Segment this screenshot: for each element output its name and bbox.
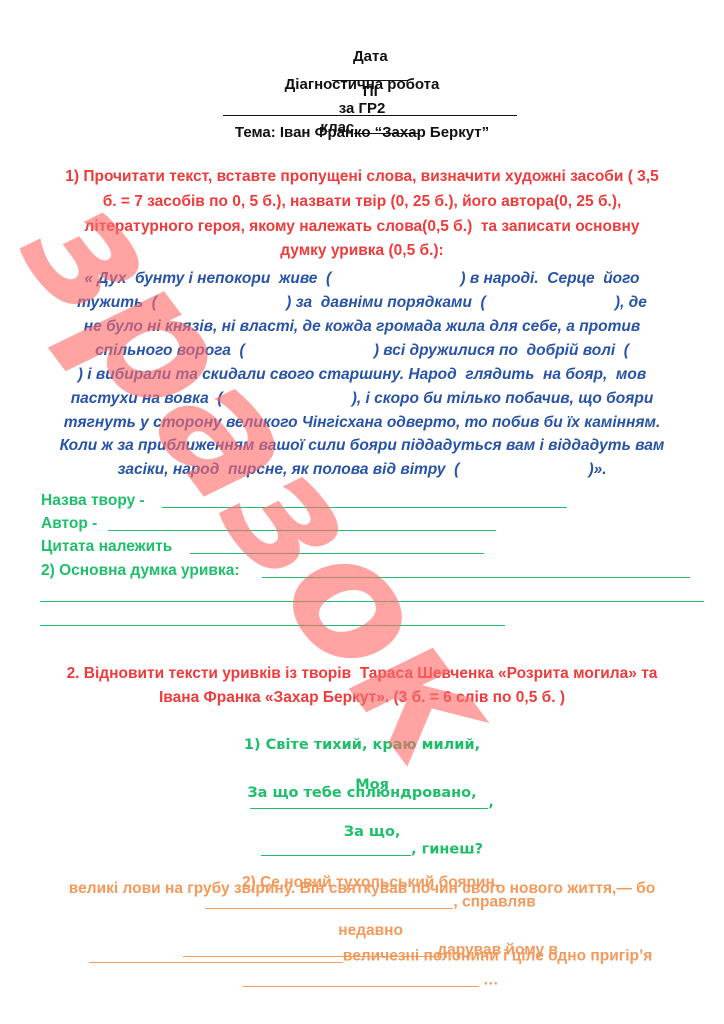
task1-instruction-line: 1) Прочитати текст, вставте пропущені сл… [0,168,724,186]
main-idea-field-line3[interactable] [40,625,505,626]
passage-line: ) і вибирали та скидали свого старшину. … [0,366,724,384]
author-field[interactable] [108,530,496,531]
quote-owner-field[interactable] [190,553,484,554]
work-title-field[interactable] [162,507,567,508]
doc-title: Діагностична робота [0,76,724,93]
passage-line: Коли ж за приближенням вашої сили бояри … [0,437,724,455]
prose-line: … [0,952,724,1008]
date-label: Дата [353,48,388,65]
passage-line: спільного ворога ( ) всі дружилися по до… [0,342,724,360]
passage-line: засіки, народ пирсне, як полова від вітр… [0,461,724,479]
poem-text: За що, [344,824,401,840]
prose-text: … [479,972,499,989]
task1-instruction-line: думку уривка (0,5 б.): [0,242,724,260]
doc-topic: Тема: Іван Франко “Захар Беркут” [0,124,724,141]
task1-instruction-line: б. = 7 засобів по 0, 5 б.), назвати твір… [0,193,724,211]
poem-line: За що тебе сплюндровано, [0,785,724,801]
doc-subtitle: за ГР2 [0,100,724,117]
quote-owner-label: Цитата належить [41,538,172,556]
task2-instruction-line: Івана Франка «Захар Беркут». (3 б. = 6 с… [0,689,724,707]
prose-blank-4[interactable] [243,970,479,987]
passage-line: тягнуть у сторону великого Чінгісхана од… [0,414,724,432]
work-title-label: Назва твору - [41,492,145,510]
poem-line: 1) Світе тихий, краю милий, [0,737,724,753]
task1-instruction-line: літературного героя, якому належать слов… [0,218,724,236]
passage-line: тужить ( ) за давніми порядками ( ), де [0,294,724,312]
passage-line: не було ні князів, ні власті, де кожда г… [0,318,724,336]
author-label: Автор - [41,515,97,533]
task2-instruction-line: 2. Відновити тексти уривків із творів Та… [0,665,724,683]
main-idea-field[interactable] [262,577,690,578]
poem-blank-2[interactable] [261,840,411,856]
prose-line: великі лови на грубу звірину. Він святку… [0,880,724,898]
main-idea-field-line2[interactable] [40,601,704,602]
passage-line: пастухи на вовка ( ), і скоро би тілько … [0,390,724,408]
passage-line: « Дух бунту і непокори живе ( ) в народі… [0,270,724,288]
main-idea-label: 2) Основна думка уривка: [41,562,240,580]
worksheet-page: Дата ПІ клас Діагностична робота за ГР2 … [0,0,724,1024]
